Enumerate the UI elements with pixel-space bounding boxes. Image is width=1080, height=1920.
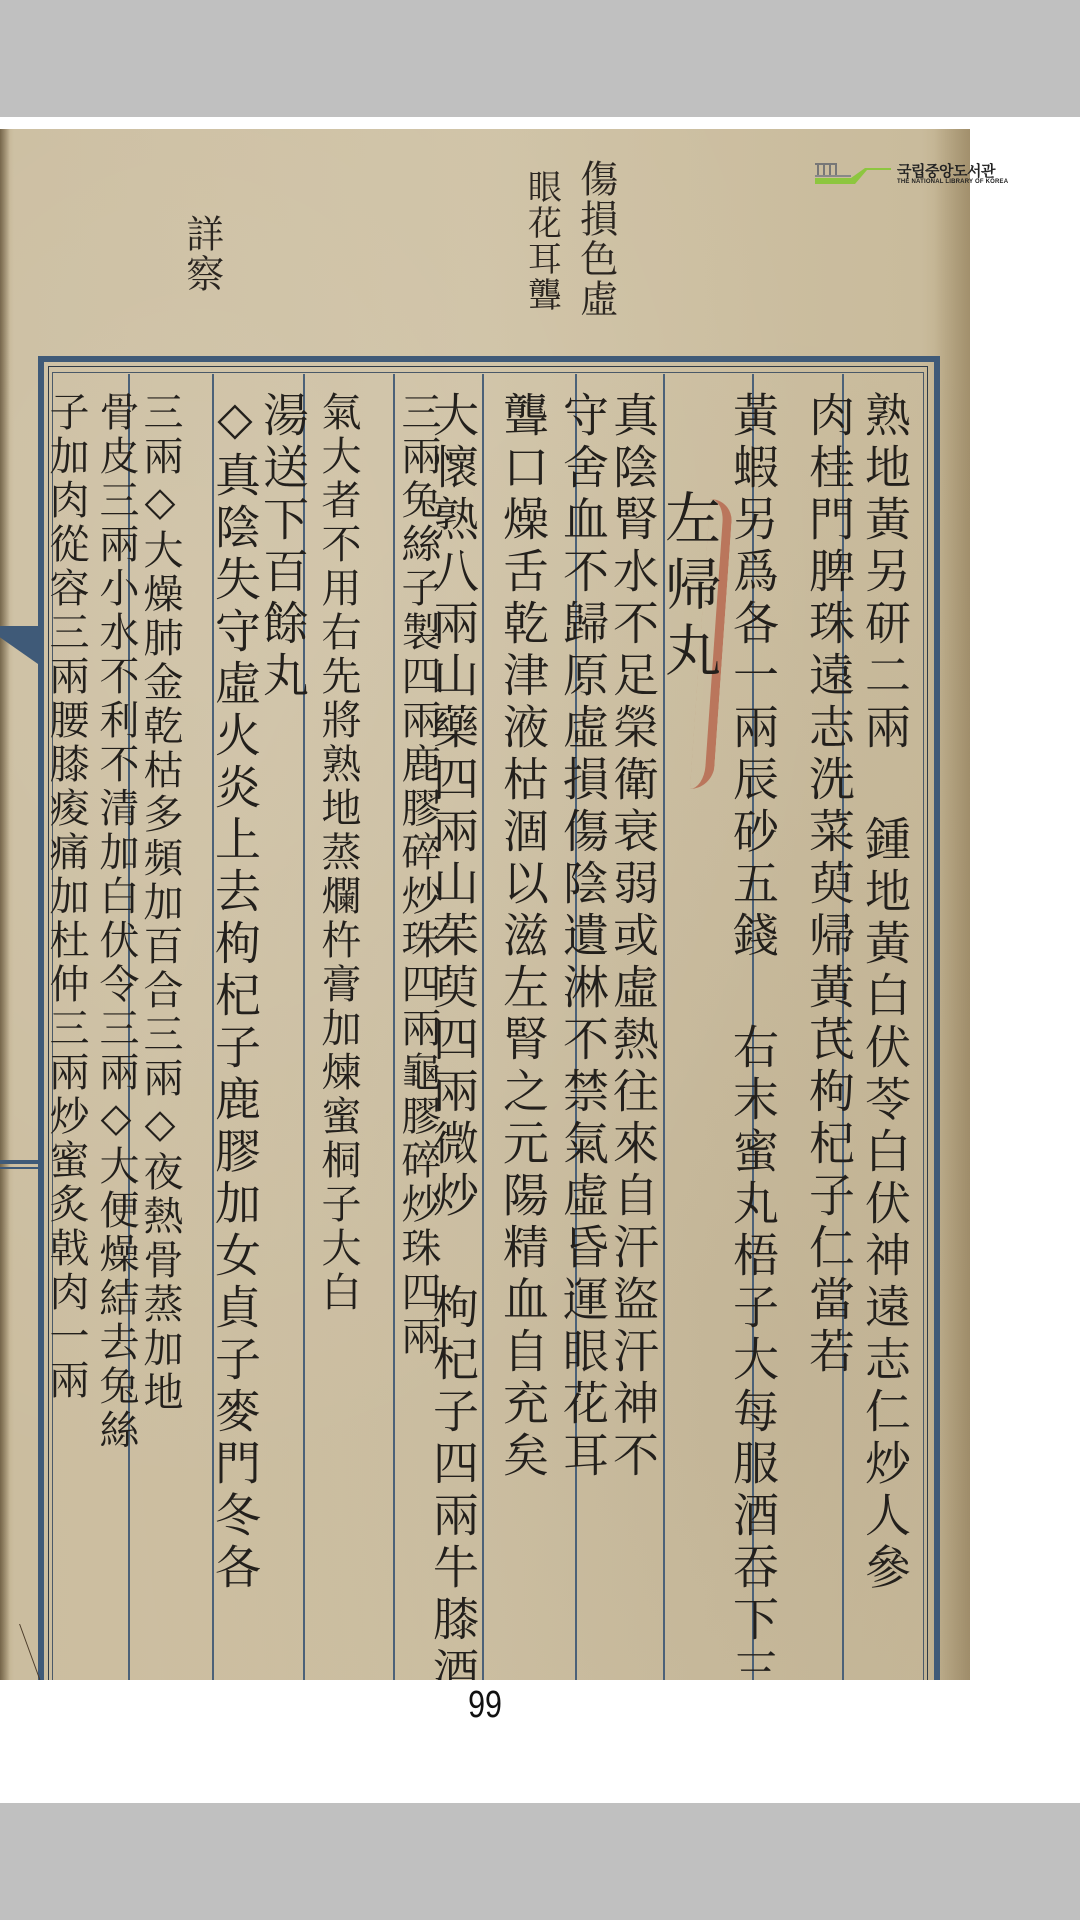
- manuscript-column-1: 熟地黃另研二兩 鍾地黃白伏苓白伏神遠志仁炒人參: [862, 391, 908, 1595]
- manuscript-column-13: 三兩◇大燥肺金乾枯多頻加百合三兩◇夜熱骨蒸加地: [140, 391, 180, 1415]
- manuscript-column-15: 子加肉從容三兩腰膝痠痛加杜仲三兩炒蜜炙戟肉一兩: [46, 391, 86, 1403]
- manuscript-column-14: 骨皮三兩小水不利不清加白伏令三兩◇大便燥結去兔絲: [96, 391, 136, 1453]
- column-rule: [482, 374, 484, 1680]
- manuscript-column-10: 氣大者不用右先將熟地蒸爛杵膏加煉蜜桐子大白: [318, 391, 358, 1315]
- page-curl-edge: [0, 1624, 42, 1680]
- watermark-english-text: THE NATIONAL LIBRARY OF KOREA: [897, 179, 1008, 185]
- margin-bar: [0, 1167, 38, 1169]
- head-note-3: 詳察: [180, 214, 222, 294]
- viewer-top-band: [0, 0, 1080, 117]
- manuscript-page-scan: 傷損色虛 眼花耳聾 詳察 熟地黃另研二兩 鍾地黃白伏苓白伏神遠志仁炒人參 肉桂門…: [0, 129, 970, 1680]
- manuscript-column-7: 聾口燥舌乾津液枯涸以滋左腎之元陽精血自充矣: [500, 391, 546, 1483]
- manuscript-column-6: 守舍血不歸原虛損傷陰遺淋不禁氣虛昏運眼花耳: [560, 391, 606, 1483]
- page-number: 99: [97, 1684, 873, 1727]
- manuscript-column-5: 真陰腎水不足榮衛衰弱或虛熱往來自汗盜汗神不: [610, 391, 656, 1483]
- page-binding-shadow: [0, 129, 10, 1680]
- manuscript-column-title: 左帰丸: [660, 489, 716, 687]
- viewer-bottom-band: [0, 1803, 1080, 1920]
- head-note-2: 眼花耳聾: [522, 169, 559, 313]
- manuscript-column-11: 湯送下百餘丸: [260, 391, 306, 703]
- manuscript-column-3: 黃蝦另爲各一兩辰砂五錢 右末蜜丸梧子大每服酒吞下三五十: [730, 391, 776, 1680]
- margin-bar: [0, 1160, 38, 1164]
- library-logo-icon: [815, 162, 891, 186]
- head-note-1: 傷損色虛: [574, 159, 616, 319]
- watermark-korean-text: 국립중앙도서관: [897, 160, 995, 181]
- manuscript-column-12: ◇真陰失守虛火炎上去枸杞子鹿膠加女貞子麥門冬各: [212, 391, 258, 1595]
- manuscript-column-2: 肉桂門脾珠遠志洗菜萸帰黃芪枸杞子仁當若: [806, 391, 852, 1379]
- national-library-watermark: 국립중앙도서관 THE NATIONAL LIBRARY OF KOREA: [815, 160, 1030, 190]
- manuscript-column-9: 三兩兔絲子製四兩鹿膠碎炒珠四兩龜膠碎炒珠四兩: [398, 391, 438, 1359]
